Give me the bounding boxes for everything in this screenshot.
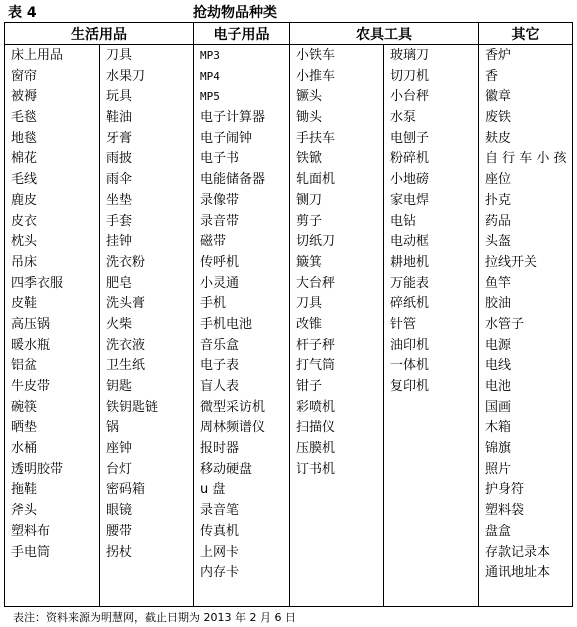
list-item: 被褥	[11, 87, 99, 108]
list-item: 雨披	[106, 149, 193, 170]
list-item: 耕地机	[390, 253, 478, 274]
list-item: 肥皂	[106, 274, 193, 295]
list-item: 一体机	[390, 356, 478, 377]
list-item: 报时器	[200, 439, 289, 460]
list-item: 小灵通	[200, 274, 289, 295]
list-item: 小地磅	[390, 170, 478, 191]
column-tools-2: 玻璃刀切刀机小台秤水泵电刨子粉碎机小地磅家电焊电钻电动框耕地机万能表碎纸机针管油…	[384, 45, 479, 607]
list-item: 轧面机	[296, 170, 383, 191]
list-item: 刀具	[106, 46, 193, 67]
list-item: 电钻	[390, 212, 478, 233]
list-item: 徽章	[485, 87, 572, 108]
list-item: 洗衣粉	[106, 253, 193, 274]
list-item: 斧头	[11, 501, 99, 522]
list-item: MP5	[200, 87, 289, 108]
list-item: 手机	[200, 294, 289, 315]
list-item: 牙膏	[106, 129, 193, 150]
list-item: 锅	[106, 418, 193, 439]
list-item: 暖水瓶	[11, 336, 99, 357]
list-item: 挂钟	[106, 232, 193, 253]
list-item: 周林频谱仪	[200, 418, 289, 439]
list-item: 胶油	[485, 294, 572, 315]
list-item: 皮鞋	[11, 294, 99, 315]
list-item: 头盔	[485, 232, 572, 253]
list-item: 钥匙	[106, 377, 193, 398]
list-item: 水桶	[11, 439, 99, 460]
list-item: 鹿皮	[11, 191, 99, 212]
list-item: 压膜机	[296, 439, 383, 460]
list-item: 电子计算器	[200, 108, 289, 129]
list-item: 簸箕	[296, 253, 383, 274]
list-item: 香	[485, 67, 572, 88]
list-item: 改锥	[296, 315, 383, 336]
list-item: 晒垫	[11, 418, 99, 439]
list-item: 拉线开关	[485, 253, 572, 274]
list-item: 扫描仪	[296, 418, 383, 439]
list-item: 家电焊	[390, 191, 478, 212]
list-item: 鱼竿	[485, 274, 572, 295]
table-caption: 表 4	[8, 2, 37, 22]
header-other: 其它	[479, 23, 573, 45]
column-daily-goods-2: 刀具水果刀玩具鞋油牙膏雨披雨伞坐垫手套挂钟洗衣粉肥皂洗头膏火柴洗衣液卫生纸钥匙铁…	[100, 45, 194, 607]
list-item: 电线	[485, 356, 572, 377]
list-item: 废铁	[485, 108, 572, 129]
list-item: 移动硬盘	[200, 460, 289, 481]
list-item: 扑克	[485, 191, 572, 212]
list-item: 小铁车	[296, 46, 383, 67]
list-item: 电子表	[200, 356, 289, 377]
list-item: 内存卡	[200, 563, 289, 584]
list-item: 磁带	[200, 232, 289, 253]
list-item: 透明胶带	[11, 460, 99, 481]
list-item: 水泵	[390, 108, 478, 129]
list-item: 台灯	[106, 460, 193, 481]
list-item: 录音带	[200, 212, 289, 233]
list-item: 棉花	[11, 149, 99, 170]
list-item: 座位	[485, 170, 572, 191]
list-item: 香炉	[485, 46, 572, 67]
items-table: 生活用品 电子用品 农具工具 其它 床上用品窗帘被褥毛毯地毯棉花毛线鹿皮皮衣枕头…	[4, 22, 573, 607]
list-item: 大台秤	[296, 274, 383, 295]
list-item: 水管子	[485, 315, 572, 336]
list-item: 锄头	[296, 108, 383, 129]
column-electronics: MP3MP4MP5电子计算器电子闹钟电子书电能储备器录像带录音带磁带传呼机小灵通…	[194, 45, 290, 607]
table-title: 抢劫物品种类	[193, 2, 277, 22]
list-item: 刀具	[296, 294, 383, 315]
list-item: 电能储备器	[200, 170, 289, 191]
list-item: 国画	[485, 398, 572, 419]
header-electronics: 电子用品	[194, 23, 290, 45]
list-item: 电池	[485, 377, 572, 398]
list-item: 万能表	[390, 274, 478, 295]
list-item: 水果刀	[106, 67, 193, 88]
list-item: 盘盒	[485, 522, 572, 543]
list-item: MP3	[200, 46, 289, 67]
list-item: 药品	[485, 212, 572, 233]
list-item: 小台秤	[390, 87, 478, 108]
list-item: 坐垫	[106, 191, 193, 212]
list-item: 牛皮带	[11, 377, 99, 398]
list-item: 电刨子	[390, 129, 478, 150]
list-item: 洗头膏	[106, 294, 193, 315]
list-item: 毛毯	[11, 108, 99, 129]
list-item: 切刀机	[390, 67, 478, 88]
list-item: 床上用品	[11, 46, 99, 67]
list-item: 音乐盒	[200, 336, 289, 357]
list-item: 木箱	[485, 418, 572, 439]
list-item: 四季衣服	[11, 274, 99, 295]
list-item: 铁锨	[296, 149, 383, 170]
list-item: 玩具	[106, 87, 193, 108]
list-item: 订书机	[296, 460, 383, 481]
list-item: 电子闹钟	[200, 129, 289, 150]
list-item: 卫生纸	[106, 356, 193, 377]
list-item: 塑料袋	[485, 501, 572, 522]
list-item: 高压锅	[11, 315, 99, 336]
list-item: 毛线	[11, 170, 99, 191]
list-item: 盲人表	[200, 377, 289, 398]
list-item: 洗衣液	[106, 336, 193, 357]
list-item: 微型采访机	[200, 398, 289, 419]
list-item: 剪子	[296, 212, 383, 233]
list-item: 拖鞋	[11, 480, 99, 501]
list-item: 眼镜	[106, 501, 193, 522]
list-item: 存款记录本	[485, 543, 572, 564]
list-item: 自 行 车 小 孩	[485, 149, 572, 170]
list-item: 塑料布	[11, 522, 99, 543]
list-item: 铝盆	[11, 356, 99, 377]
list-item: 录音笔	[200, 501, 289, 522]
list-item: 麸皮	[485, 129, 572, 150]
list-item: 电动框	[390, 232, 478, 253]
list-item: 手套	[106, 212, 193, 233]
column-tools-1: 小铁车小推车镢头锄头手扶车铁锨轧面机铡刀剪子切纸刀簸箕大台秤刀具改锥杆子秤打气筒…	[290, 45, 384, 607]
list-item: 打气筒	[296, 356, 383, 377]
list-item: 窗帘	[11, 67, 99, 88]
list-item: MP4	[200, 67, 289, 88]
list-item: 针管	[390, 315, 478, 336]
list-item: 电子书	[200, 149, 289, 170]
list-item: 拐杖	[106, 543, 193, 564]
column-other: 香炉香徽章废铁麸皮自 行 车 小 孩座位扑克药品头盔拉线开关鱼竿胶油水管子电源电…	[479, 45, 573, 607]
list-item: 手扶车	[296, 129, 383, 150]
list-item: 碎纸机	[390, 294, 478, 315]
list-item: 皮衣	[11, 212, 99, 233]
list-item: 铡刀	[296, 191, 383, 212]
header-daily-goods: 生活用品	[5, 23, 194, 45]
list-item: 镢头	[296, 87, 383, 108]
list-item: 小推车	[296, 67, 383, 88]
list-item: 手电筒	[11, 543, 99, 564]
list-item: 火柴	[106, 315, 193, 336]
list-item: 通讯地址本	[485, 563, 572, 584]
list-item: 复印机	[390, 377, 478, 398]
list-item: 地毯	[11, 129, 99, 150]
list-item: 上网卡	[200, 543, 289, 564]
list-item: 碗筷	[11, 398, 99, 419]
list-item: 吊床	[11, 253, 99, 274]
header-tools: 农具工具	[290, 23, 479, 45]
table-footnote: 表注：资料来源为明慧网，截止日期为 2013 年 2 月 6 日	[13, 609, 296, 625]
list-item: 玻璃刀	[390, 46, 478, 67]
list-item: 传真机	[200, 522, 289, 543]
list-item: 锦旗	[485, 439, 572, 460]
list-item: 切纸刀	[296, 232, 383, 253]
list-item: 雨伞	[106, 170, 193, 191]
list-item: 照片	[485, 460, 572, 481]
list-item: 护身符	[485, 480, 572, 501]
list-item: 油印机	[390, 336, 478, 357]
list-item: 传呼机	[200, 253, 289, 274]
list-item: 枕头	[11, 232, 99, 253]
list-item: 铁钥匙链	[106, 398, 193, 419]
list-item: 座钟	[106, 439, 193, 460]
list-item: 手机电池	[200, 315, 289, 336]
list-item: 电源	[485, 336, 572, 357]
list-item: 腰带	[106, 522, 193, 543]
list-item: 录像带	[200, 191, 289, 212]
list-item: 彩喷机	[296, 398, 383, 419]
list-item: 鞋油	[106, 108, 193, 129]
column-daily-goods-1: 床上用品窗帘被褥毛毯地毯棉花毛线鹿皮皮衣枕头吊床四季衣服皮鞋高压锅暖水瓶铝盆牛皮…	[5, 45, 100, 607]
list-item: 粉碎机	[390, 149, 478, 170]
list-item: 密码箱	[106, 480, 193, 501]
list-item: 钳子	[296, 377, 383, 398]
list-item: u 盘	[200, 480, 289, 501]
list-item: 杆子秤	[296, 336, 383, 357]
